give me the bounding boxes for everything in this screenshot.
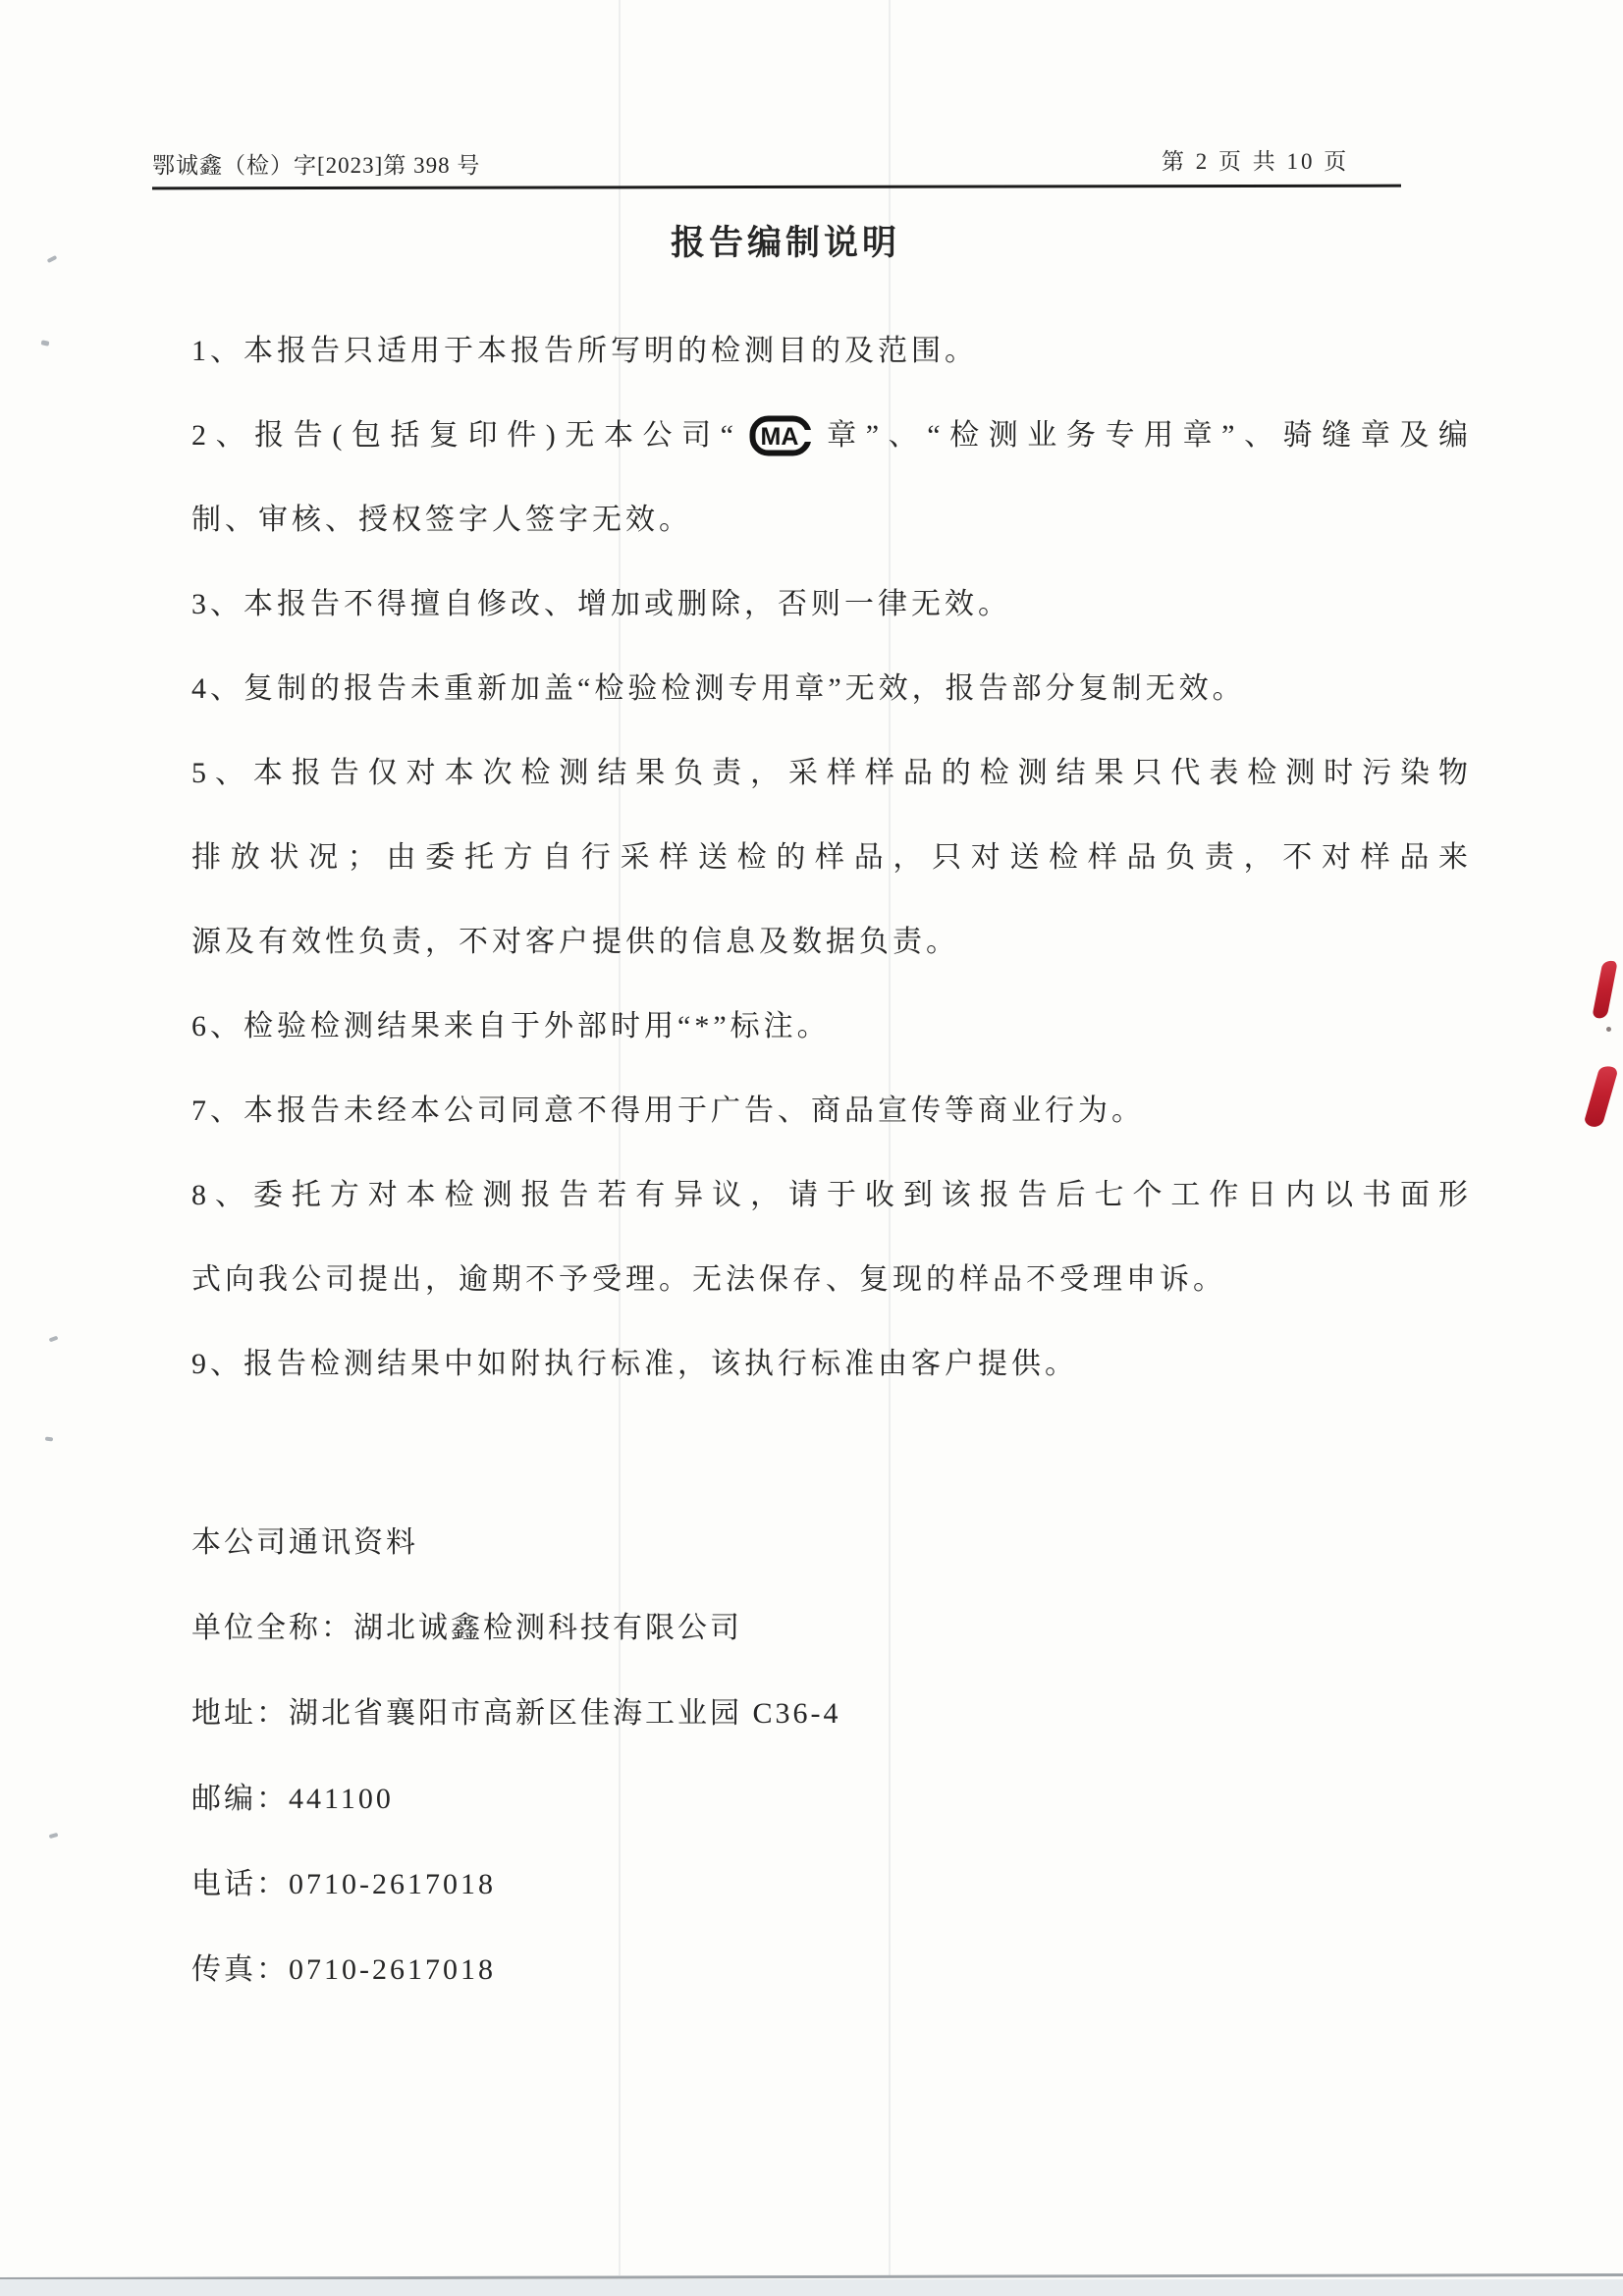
- note-text: 1、本报告只适用于本报告所写明的检测目的及范围。: [191, 335, 978, 367]
- note-item-2-line-1: 2、报告(包括复印件)无本公司“ MA 章”、“检测业务专用章”、骑缝章及编: [191, 394, 1468, 478]
- note-item-4: 4、复制的报告未重新加盖“检验检测专用章”无效，报告部分复制无效。: [191, 647, 1468, 731]
- svg-text:MA: MA: [760, 423, 798, 451]
- red-seal-fragment: [1592, 959, 1617, 1020]
- scan-artifact: [41, 340, 50, 347]
- scanned-report-page: 鄂诚鑫（检）字[2023]第 398 号 第 2 页 共 10 页 报告编制说明…: [0, 0, 1623, 2296]
- scan-artifact: [49, 1336, 59, 1343]
- note-item-7: 7、本报告未经本公司同意不得用于广告、商品宣传等商业行为。: [191, 1069, 1468, 1153]
- note-text: 3、本报告不得擅自修改、增加或删除，否则一律无效。: [191, 588, 1011, 620]
- note-item-2-line-2: 制、审核、授权签字人签字无效。: [191, 478, 1468, 562]
- notes-section: 1、本报告只适用于本报告所写明的检测目的及范围。 2、报告(包括复印件)无本公司…: [191, 309, 1468, 1407]
- cma-mark-icon: MA: [749, 415, 812, 456]
- note-text: 式向我公司提出，逾期不予受理。无法保存、复现的样品不受理申诉。: [191, 1263, 1226, 1296]
- note-text: 7、本报告未经本公司同意不得用于广告、商品宣传等商业行为。: [191, 1095, 1145, 1127]
- contact-heading: 本公司通讯资料: [191, 1500, 1468, 1585]
- note-text: 9、报告检测结果中如附执行标准，该执行标准由客户提供。: [191, 1348, 1078, 1380]
- note-text: 制、审核、授权签字人签字无效。: [191, 504, 692, 536]
- contact-address: 地址：湖北省襄阳市高新区佳海工业园 C36-4: [191, 1671, 1468, 1756]
- scanner-background: [0, 2279, 1623, 2296]
- note-item-5-line-3: 源及有效性负责，不对客户提供的信息及数据负责。: [191, 900, 1468, 985]
- header-divider: [152, 185, 1401, 190]
- note-text: 4、复制的报告未重新加盖“检验检测专用章”无效，报告部分复制无效。: [191, 672, 1246, 705]
- document-number: 鄂诚鑫（检）字[2023]第 398 号: [152, 147, 480, 180]
- note-item-8-line-2: 式向我公司提出，逾期不予受理。无法保存、复现的样品不受理申诉。: [191, 1238, 1468, 1322]
- note-item-8-line-1: 8、委托方对本检测报告若有异议，请于收到该报告后七个工作日内以书面形: [191, 1153, 1468, 1238]
- contact-phone: 电话：0710-2617018: [191, 1842, 1468, 1927]
- contact-postcode: 邮编：441100: [191, 1756, 1468, 1842]
- page-title: 报告编制说明: [295, 216, 1276, 265]
- note-item-3: 3、本报告不得擅自修改、增加或删除，否则一律无效。: [191, 562, 1468, 647]
- note-item-1: 1、本报告只适用于本报告所写明的检测目的及范围。: [191, 309, 1468, 394]
- note-item-9: 9、报告检测结果中如附执行标准，该执行标准由客户提供。: [191, 1322, 1468, 1407]
- red-seal-fragment: [1584, 1064, 1619, 1130]
- note-item-5-line-1: 5、本报告仅对本次检测结果负责，采样样品的检测结果只代表检测时污染物: [191, 731, 1468, 816]
- scan-artifact: [49, 1833, 59, 1839]
- contact-company-name: 单位全称：湖北诚鑫检测科技有限公司: [191, 1585, 1468, 1671]
- page-indicator: 第 2 页 共 10 页: [1162, 143, 1349, 176]
- contact-fax: 传真：0710-2617018: [191, 1927, 1468, 2012]
- scan-artifact: [47, 255, 58, 263]
- note-item-6: 6、检验检测结果来自于外部时用“*”标注。: [191, 985, 1468, 1069]
- note-text: 源及有效性负责，不对客户提供的信息及数据负责。: [191, 926, 959, 958]
- contact-section: 本公司通讯资料 单位全称：湖北诚鑫检测科技有限公司 地址：湖北省襄阳市高新区佳海…: [191, 1500, 1468, 2012]
- ink-speck: [1606, 1027, 1611, 1032]
- scan-artifact: [45, 1436, 53, 1441]
- note-text: 6、检验检测结果来自于外部时用“*”标注。: [191, 1010, 831, 1042]
- note-item-5-line-2: 排放状况；由委托方自行采样送检的样品，只对送检样品负责，不对样品来: [191, 816, 1468, 900]
